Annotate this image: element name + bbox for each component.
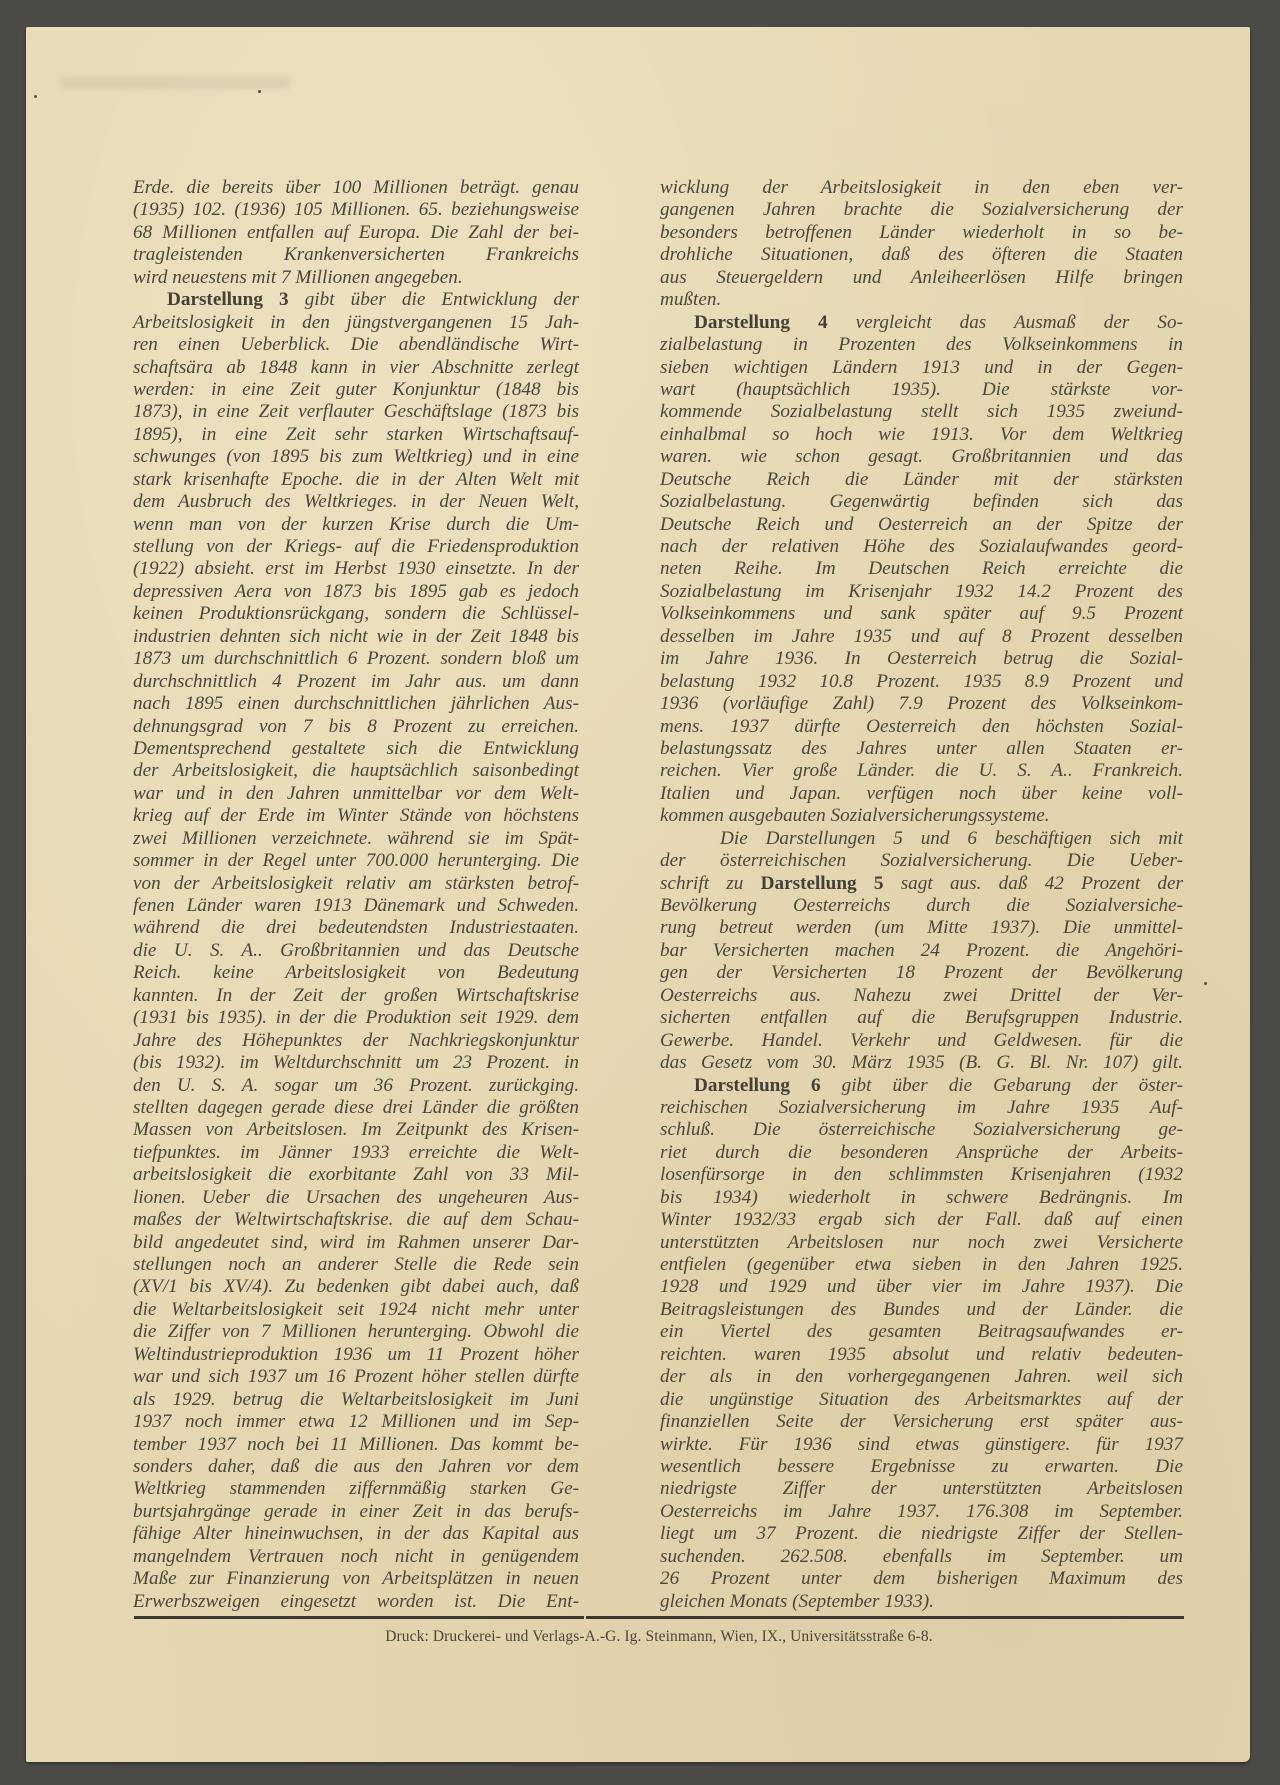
- text-run: stark krisenhafte Epoche. die in der Alt…: [133, 469, 579, 490]
- text-line: belastungssatz des Jahres unter allen St…: [660, 738, 1183, 760]
- text-line: wirkte. Für 1936 sind etwas günstigere. …: [660, 1434, 1183, 1456]
- footer-rule-left: [134, 1616, 584, 1619]
- text-line: (1935) 102. (1936) 105 Millionen. 65. be…: [133, 199, 579, 221]
- text-run: tember 1937 noch bei 11 Millionen. Das k…: [133, 1434, 579, 1455]
- text-run: Sozialbelastung im Krisenjahr 1932 14.2 …: [660, 581, 1183, 602]
- text-line: Volkseinkommens und sank später auf 9.5 …: [660, 603, 1183, 625]
- text-line: schwunges (von 1895 bis zum Weltkrieg) u…: [133, 446, 579, 468]
- text-line: rung betreut werden (um Mitte 1937). Die…: [660, 917, 1183, 939]
- text-run: vergleicht das Ausmaß der So-: [828, 312, 1183, 333]
- text-run: den U. S. A. sogar um 36 Prozent. zurück…: [133, 1075, 579, 1096]
- text-line: nach 1895 einen durchschnittlichen jährl…: [133, 693, 579, 715]
- text-run: rung betreut werden (um Mitte 1937). Die…: [660, 917, 1183, 938]
- text-line: Maße zur Finanzierung von Arbeitsplätzen…: [133, 1568, 579, 1590]
- text-run: riet durch die besonderen Ansprüche der …: [660, 1142, 1183, 1163]
- text-run: Weltindustrieproduktion 1936 um 11 Proze…: [133, 1344, 579, 1365]
- text-run: 68 Millionen entfallen auf Europa. Die Z…: [133, 222, 579, 243]
- figure-reference: Darstellung 3: [167, 289, 289, 310]
- text-run: krieg auf der Erde im Winter Stände von …: [133, 805, 579, 826]
- text-line: war und in den Jahren unmittelbar vor de…: [133, 783, 579, 805]
- text-run: ren einen Ueberblick. Die abendländische…: [133, 334, 579, 355]
- text-run: mußten.: [660, 289, 721, 310]
- text-line: sommer in der Regel unter 700.000 herunt…: [133, 850, 579, 872]
- text-line: einhalbmal so hoch wie 1913. Vor dem Wel…: [660, 424, 1183, 446]
- text-line: stellungen noch an anderer Stelle die Re…: [133, 1254, 579, 1276]
- text-run: Volkseinkommens und sank später auf 9.5 …: [660, 603, 1183, 624]
- text-run: Beitragsleistungen des Bundes und der Lä…: [660, 1299, 1183, 1320]
- text-run: unterstützten Arbeitslosen nur noch zwei…: [660, 1232, 1183, 1253]
- text-line: der Arbeitslosigkeit, die hauptsächlich …: [133, 760, 579, 782]
- text-run: Die Darstellungen 5 und 6 beschäftigen s…: [720, 828, 1183, 849]
- text-line: reichischen Sozialversicherung im Jahre …: [660, 1097, 1183, 1119]
- text-line: liegt um 37 Prozent. die niedrigste Ziff…: [660, 1523, 1183, 1545]
- text-line: gangenen Jahren brachte die Sozialversic…: [660, 199, 1183, 221]
- text-run: 1937 noch immer etwa 12 Millionen und im…: [133, 1411, 579, 1432]
- text-line: suchenden. 262.508. ebenfalls im Septemb…: [660, 1546, 1183, 1568]
- text-run: reichten. waren 1935 absolut und relativ…: [660, 1344, 1183, 1365]
- text-line: gen der Versicherten 18 Prozent der Bevö…: [660, 962, 1183, 984]
- text-line: 1928 und 1929 und über vier im Jahre 193…: [660, 1276, 1183, 1298]
- text-run: gleichen Monats (September 1933).: [660, 1591, 934, 1612]
- text-run: als 1929. betrug die Weltarbeitslosigkei…: [133, 1389, 579, 1410]
- text-line: 1936 (vorläufige Zahl) 7.9 Prozent des V…: [660, 693, 1183, 715]
- text-run: arbeitslosigkeit die exorbitante Zahl vo…: [133, 1164, 579, 1185]
- text-line: Reich. keine Arbeitslosigkeit von Bedeut…: [133, 962, 579, 984]
- text-run: Sozialbelastung. Gegenwärtig befinden si…: [660, 491, 1183, 512]
- text-run: zwei Millionen verzeichnete. während sie…: [133, 828, 579, 849]
- text-line: drohliche Situationen, daß des öfteren d…: [660, 244, 1183, 266]
- text-line: 1873), in eine Zeit verflauter Geschäfts…: [133, 401, 579, 423]
- text-run: von der Arbeitslosigkeit relativ am stär…: [133, 873, 579, 894]
- figure-reference: Darstellung 4: [694, 312, 828, 333]
- text-line: unterstützten Arbeitslosen nur noch zwei…: [660, 1232, 1183, 1254]
- text-line: die Ziffer von 7 Millionen herunterging.…: [133, 1321, 579, 1343]
- text-run: dem Ausbruch des Weltkrieges. in der Neu…: [133, 491, 579, 512]
- text-run: tiefpunktes. im Jänner 1933 erreichte di…: [133, 1142, 579, 1163]
- text-run: Dementsprechend gestaltete sich die Entw…: [133, 738, 579, 759]
- text-line: bild angedeutet sind, wird im Rahmen uns…: [133, 1232, 579, 1254]
- text-line: 26 Prozent unter dem bisherigen Maximum …: [660, 1568, 1183, 1590]
- text-run: Maße zur Finanzierung von Arbeitsplätzen…: [133, 1568, 579, 1589]
- figure-reference: Darstellung 5: [761, 873, 884, 894]
- text-run: Weltkrieg stammenden ziffernmäßig starke…: [133, 1478, 579, 1499]
- text-run: (bis 1932). im Weltdurchschnitt um 23 Pr…: [133, 1052, 579, 1073]
- text-run: während die drei bedeutendsten Industrie…: [133, 917, 579, 938]
- text-run: belastung 1932 10.8 Prozent. 1935 8.9 Pr…: [660, 671, 1183, 692]
- text-line: mußten.: [660, 289, 1183, 311]
- text-line: Gewerbe. Handel. Verkehr und Geldwesen. …: [660, 1030, 1183, 1052]
- text-line: Deutsche Reich und Oesterreich an der Sp…: [660, 514, 1183, 536]
- text-run: schluß. Die österreichische Sozialversic…: [660, 1119, 1183, 1140]
- text-line: das Gesetz vom 30. März 1935 (B. G. Bl. …: [660, 1052, 1183, 1074]
- text-run: burtsjahrgänge gerade in einer Zeit in d…: [133, 1501, 579, 1522]
- text-line: Weltindustrieproduktion 1936 um 11 Proze…: [133, 1344, 579, 1366]
- text-run: 1936 (vorläufige Zahl) 7.9 Prozent des V…: [660, 693, 1183, 714]
- text-run: stellungen noch an anderer Stelle die Re…: [133, 1254, 579, 1275]
- text-line: Beitragsleistungen des Bundes und der Lä…: [660, 1299, 1183, 1321]
- text-line: Arbeitslosigkeit in den jüngstvergangene…: [133, 312, 579, 334]
- text-line: Erde. die bereits über 100 Millionen bet…: [133, 177, 579, 199]
- text-line: bis 1934) wiederholt in schwere Bedrängn…: [660, 1187, 1183, 1209]
- text-line: Darstellung 3 gibt über die Entwicklung …: [133, 289, 579, 311]
- text-line: losenfürsorge in den schlimmsten Krisenj…: [660, 1164, 1183, 1186]
- text-run: wicklung der Arbeitslosigkeit in den ebe…: [660, 177, 1183, 198]
- text-run: (XV/1 bis XV/4). Zu bedenken gibt dabei …: [133, 1276, 579, 1297]
- text-line: der österreichischen Sozialversicherung.…: [660, 850, 1183, 872]
- text-run: sicherten entfallen auf die Berufsgruppe…: [660, 1007, 1183, 1028]
- text-line: burtsjahrgänge gerade in einer Zeit in d…: [133, 1501, 579, 1523]
- text-run: belastungssatz des Jahres unter allen St…: [660, 738, 1183, 759]
- text-run: reichen. Vier große Länder. die U. S. A.…: [660, 760, 1183, 781]
- text-line: belastung 1932 10.8 Prozent. 1935 8.9 Pr…: [660, 671, 1183, 693]
- text-run: 1928 und 1929 und über vier im Jahre 193…: [660, 1276, 1183, 1297]
- text-run: (1935) 102. (1936) 105 Millionen. 65. be…: [133, 199, 579, 220]
- text-run: tragleistenden Krankenversicherten Frank…: [133, 244, 579, 265]
- text-line: den U. S. A. sogar um 36 Prozent. zurück…: [133, 1075, 579, 1097]
- text-line: sonders daher, daß die aus den Jahren vo…: [133, 1456, 579, 1478]
- text-run: Deutsche Reich die Länder mit der stärks…: [660, 469, 1183, 490]
- text-run: kannten. In der Zeit der großen Wirtscha…: [133, 985, 579, 1006]
- text-run: schwunges (von 1895 bis zum Weltkrieg) u…: [133, 446, 579, 467]
- text-run: sonders daher, daß die aus den Jahren vo…: [133, 1456, 579, 1477]
- text-run: 1873), in eine Zeit verflauter Geschäfts…: [133, 401, 579, 422]
- text-run: war und sich 1937 um 16 Prozent höher st…: [133, 1366, 579, 1387]
- text-run: gibt über die Gebarung der öster-: [821, 1075, 1183, 1096]
- text-line: keinen Produktionsrückgang, sondern die …: [133, 603, 579, 625]
- text-line: riet durch die besonderen Ansprüche der …: [660, 1142, 1183, 1164]
- text-line: 1873 um durchschnittlich 6 Prozent. sond…: [133, 648, 579, 670]
- document-page: Erde. die bereits über 100 Millionen bet…: [26, 27, 1250, 1762]
- text-line: von der Arbeitslosigkeit relativ am stär…: [133, 873, 579, 895]
- text-line: finanziellen Seite der Versicherung erst…: [660, 1411, 1183, 1433]
- text-line: ein Viertel des gesamten Beitragsaufwand…: [660, 1321, 1183, 1343]
- text-run: der Arbeitslosigkeit, die hauptsächlich …: [133, 760, 579, 781]
- text-run: werden: in eine Zeit guter Konjunktur (1…: [133, 379, 579, 400]
- text-line: Deutsche Reich die Länder mit der stärks…: [660, 469, 1183, 491]
- text-run: industrien dehnten sich nicht wie in der…: [133, 626, 579, 647]
- text-line: desselben im Jahre 1935 und auf 8 Prozen…: [660, 626, 1183, 648]
- text-line: stark krisenhafte Epoche. die in der Alt…: [133, 469, 579, 491]
- text-line: kommende Sozialbelastung stellt sich 193…: [660, 401, 1183, 423]
- text-run: sommer in der Regel unter 700.000 herunt…: [133, 850, 579, 871]
- text-line: Italien und Japan. verfügen noch über ke…: [660, 783, 1183, 805]
- text-run: die U. S. A.. Großbritannien und das Deu…: [133, 940, 579, 961]
- text-line: (bis 1932). im Weltdurchschnitt um 23 Pr…: [133, 1052, 579, 1074]
- text-run: bar Versicherten machen 24 Prozent. die …: [660, 940, 1183, 961]
- text-run: die Weltarbeitslosigkeit seit 1924 nicht…: [133, 1299, 579, 1320]
- paper-speck: [258, 90, 261, 93]
- paper-speck: [34, 95, 37, 98]
- text-line: 1895), in eine Zeit sehr starken Wirtsch…: [133, 424, 579, 446]
- text-run: waren. wie schon gesagt. Großbritannien …: [660, 446, 1183, 467]
- text-run: wesentlich bessere Ergebnisse zu erwarte…: [660, 1456, 1183, 1477]
- text-run: reichischen Sozialversicherung im Jahre …: [660, 1097, 1183, 1118]
- text-run: Oesterreichs aus. Nahezu zwei Drittel de…: [660, 985, 1183, 1006]
- text-line: während die drei bedeutendsten Industrie…: [133, 917, 579, 939]
- text-line: schrift zu Darstellung 5 sagt aus. daß 4…: [660, 873, 1183, 895]
- text-line: kommen ausgebauten Sozialversicherungssy…: [660, 805, 1183, 827]
- paper-stain: [60, 77, 290, 89]
- text-run: ein Viertel des gesamten Beitragsaufwand…: [660, 1321, 1183, 1342]
- footer-rule-right: [586, 1616, 1184, 1619]
- text-run: gibt über die Entwicklung der: [289, 289, 579, 310]
- text-line: tragleistenden Krankenversicherten Frank…: [133, 244, 579, 266]
- text-run: der österreichischen Sozialversicherung.…: [660, 850, 1183, 871]
- text-run: keinen Produktionsrückgang, sondern die …: [133, 603, 579, 624]
- text-run: die ungünstige Situation des Arbeitsmark…: [660, 1389, 1183, 1410]
- text-line: gleichen Monats (September 1933).: [660, 1591, 1183, 1613]
- text-run: Erwerbszweigen eingesetzt worden ist. Di…: [133, 1591, 579, 1612]
- text-line: Darstellung 6 gibt über die Gebarung der…: [660, 1075, 1183, 1097]
- text-line: lionen. Ueber die Ursachen des ungeheure…: [133, 1187, 579, 1209]
- text-run: drohliche Situationen, daß des öfteren d…: [660, 244, 1183, 265]
- text-run: gangenen Jahren brachte die Sozialversic…: [660, 199, 1183, 220]
- text-run: entfielen (gegenüber etwa sieben in den …: [660, 1254, 1183, 1275]
- text-run: Winter 1932/33 ergab sich der Fall. daß …: [660, 1209, 1183, 1230]
- text-line: als 1929. betrug die Weltarbeitslosigkei…: [133, 1389, 579, 1411]
- text-run: depressiven Aera von 1873 bis 1895 gab e…: [133, 581, 579, 602]
- text-run: maßes der Weltwirtschaftskrise. die auf …: [133, 1209, 579, 1230]
- text-line: Erwerbszweigen eingesetzt worden ist. Di…: [133, 1591, 579, 1613]
- text-line: wird neuestens mit 7 Millionen angegeben…: [133, 267, 579, 289]
- text-line: der als in den vorhergegangenen Jahren. …: [660, 1366, 1183, 1388]
- text-run: liegt um 37 Prozent. die niedrigste Ziff…: [660, 1523, 1183, 1544]
- text-run: sagt aus. daß 42 Prozent der: [883, 873, 1183, 894]
- text-line: Oesterreichs im Jahre 1937. 176.308 im S…: [660, 1501, 1183, 1523]
- text-line: Weltkrieg stammenden ziffernmäßig starke…: [133, 1478, 579, 1500]
- text-run: mangelndem Vertrauen noch nicht in genüg…: [133, 1546, 579, 1567]
- text-run: mens. 1937 dürfte Oesterreich den höchst…: [660, 716, 1183, 737]
- text-line: fähige Alter hineinwuchsen, in der das K…: [133, 1523, 579, 1545]
- text-run: Italien und Japan. verfügen noch über ke…: [660, 783, 1183, 804]
- text-line: bar Versicherten machen 24 Prozent. die …: [660, 940, 1183, 962]
- text-line: im Jahre 1936. In Oesterreich betrug die…: [660, 648, 1183, 670]
- text-run: besonders betroffenen Länder wiederholt …: [660, 222, 1183, 243]
- text-line: war und sich 1937 um 16 Prozent höher st…: [133, 1366, 579, 1388]
- text-line: die U. S. A.. Großbritannien und das Deu…: [133, 940, 579, 962]
- text-run: (1922) absieht. erst im Herbst 1930 eins…: [133, 558, 579, 579]
- text-run: sieben wichtigen Ländern 1913 und in der…: [660, 357, 1183, 378]
- text-line: waren. wie schon gesagt. Großbritannien …: [660, 446, 1183, 468]
- text-line: industrien dehnten sich nicht wie in der…: [133, 626, 579, 648]
- text-line: schluß. Die österreichische Sozialversic…: [660, 1119, 1183, 1141]
- text-run: 1895), in eine Zeit sehr starken Wirtsch…: [133, 424, 579, 445]
- text-run: Arbeitslosigkeit in den jüngstvergangene…: [133, 312, 579, 333]
- text-run: lionen. Ueber die Ursachen des ungeheure…: [133, 1187, 579, 1208]
- text-run: gen der Versicherten 18 Prozent der Bevö…: [660, 962, 1183, 983]
- text-column-left: Erde. die bereits über 100 Millionen bet…: [133, 177, 579, 1613]
- text-run: wird neuestens mit 7 Millionen angegeben…: [133, 267, 463, 288]
- text-line: schaftsära ab 1848 kann in vier Abschnit…: [133, 357, 579, 379]
- text-run: Reich. keine Arbeitslosigkeit von Bedeut…: [133, 962, 579, 983]
- text-line: krieg auf der Erde im Winter Stände von …: [133, 805, 579, 827]
- text-line: 68 Millionen entfallen auf Europa. Die Z…: [133, 222, 579, 244]
- text-run: der als in den vorhergegangenen Jahren. …: [660, 1366, 1183, 1387]
- text-run: Oesterreichs im Jahre 1937. 176.308 im S…: [660, 1501, 1183, 1522]
- text-run: Massen von Arbeitslosen. Im Zeitpunkt de…: [133, 1119, 579, 1140]
- text-line: besonders betroffenen Länder wiederholt …: [660, 222, 1183, 244]
- text-run: finanziellen Seite der Versicherung erst…: [660, 1411, 1183, 1432]
- text-line: sieben wichtigen Ländern 1913 und in der…: [660, 357, 1183, 379]
- text-run: nach der relativen Höhe des Sozialaufwan…: [660, 536, 1183, 557]
- text-line: Jahre des Höhepunktes der Nachkriegskonj…: [133, 1030, 579, 1052]
- text-run: Jahre des Höhepunktes der Nachkriegskonj…: [133, 1030, 579, 1051]
- text-run: durchschnittlich 4 Prozent im Jahr aus. …: [133, 671, 579, 692]
- text-run: Erde. die bereits über 100 Millionen bet…: [133, 177, 579, 198]
- text-line: tember 1937 noch bei 11 Millionen. Das k…: [133, 1434, 579, 1456]
- text-line: (XV/1 bis XV/4). Zu bedenken gibt dabei …: [133, 1276, 579, 1298]
- text-line: Winter 1932/33 ergab sich der Fall. daß …: [660, 1209, 1183, 1231]
- figure-reference: Darstellung 6: [694, 1075, 821, 1096]
- text-line: Sozialbelastung im Krisenjahr 1932 14.2 …: [660, 581, 1183, 603]
- text-run: wart (hauptsächlich 1935). Die stärkste …: [660, 379, 1183, 400]
- text-run: wenn man von der kurzen Krise durch die …: [133, 514, 579, 535]
- text-line: Massen von Arbeitslosen. Im Zeitpunkt de…: [133, 1119, 579, 1141]
- text-line: Dementsprechend gestaltete sich die Entw…: [133, 738, 579, 760]
- text-line: maßes der Weltwirtschaftskrise. die auf …: [133, 1209, 579, 1231]
- text-line: Oesterreichs aus. Nahezu zwei Drittel de…: [660, 985, 1183, 1007]
- text-run: Deutsche Reich und Oesterreich an der Sp…: [660, 514, 1183, 535]
- text-line: Darstellung 4 vergleicht das Ausmaß der …: [660, 312, 1183, 334]
- text-line: Sozialbelastung. Gegenwärtig befinden si…: [660, 491, 1183, 513]
- text-line: die ungünstige Situation des Arbeitsmark…: [660, 1389, 1183, 1411]
- text-run: dehnungsgrad von 7 bis 8 Prozent zu erre…: [133, 716, 579, 737]
- text-run: wirkte. Für 1936 sind etwas günstigere. …: [660, 1434, 1183, 1455]
- text-run: desselben im Jahre 1935 und auf 8 Prozen…: [660, 626, 1183, 647]
- text-line: kannten. In der Zeit der großen Wirtscha…: [133, 985, 579, 1007]
- text-line: die Weltarbeitslosigkeit seit 1924 nicht…: [133, 1299, 579, 1321]
- text-line: werden: in eine Zeit guter Konjunktur (1…: [133, 379, 579, 401]
- text-run: Bevölkerung Oesterreichs durch die Sozia…: [660, 895, 1183, 916]
- text-run: nach 1895 einen durchschnittlichen jährl…: [133, 693, 579, 714]
- text-line: 1937 noch immer etwa 12 Millionen und im…: [133, 1411, 579, 1433]
- text-line: zwei Millionen verzeichnete. während sie…: [133, 828, 579, 850]
- text-run: schaftsära ab 1848 kann in vier Abschnit…: [133, 357, 579, 378]
- text-line: aus Steuergeldern und Anleiheerlösen Hil…: [660, 267, 1183, 289]
- text-line: stellten dagegen gerade diese drei Lände…: [133, 1097, 579, 1119]
- text-line: sicherten entfallen auf die Berufsgruppe…: [660, 1007, 1183, 1029]
- text-line: nach der relativen Höhe des Sozialaufwan…: [660, 536, 1183, 558]
- text-line: (1931 bis 1935). in der die Produktion s…: [133, 1007, 579, 1029]
- text-run: bis 1934) wiederholt in schwere Bedrängn…: [660, 1187, 1183, 1208]
- text-run: fähige Alter hineinwuchsen, in der das K…: [133, 1523, 579, 1544]
- text-run: Gewerbe. Handel. Verkehr und Geldwesen. …: [660, 1030, 1183, 1051]
- text-run: fenen Länder waren 1913 Dänemark und Sch…: [133, 895, 579, 916]
- text-line: stellung von der Kriegs- auf die Frieden…: [133, 536, 579, 558]
- text-line: Die Darstellungen 5 und 6 beschäftigen s…: [660, 828, 1183, 850]
- text-run: war und in den Jahren unmittelbar vor de…: [133, 783, 579, 804]
- text-line: tiefpunktes. im Jänner 1933 erreichte di…: [133, 1142, 579, 1164]
- text-run: stellung von der Kriegs- auf die Frieden…: [133, 536, 579, 557]
- text-line: depressiven Aera von 1873 bis 1895 gab e…: [133, 581, 579, 603]
- text-run: einhalbmal so hoch wie 1913. Vor dem Wel…: [660, 424, 1183, 445]
- text-run: stellten dagegen gerade diese drei Lände…: [133, 1097, 579, 1118]
- text-line: (1922) absieht. erst im Herbst 1930 eins…: [133, 558, 579, 580]
- text-line: wenn man von der kurzen Krise durch die …: [133, 514, 579, 536]
- text-run: im Jahre 1936. In Oesterreich betrug die…: [660, 648, 1183, 669]
- text-line: mens. 1937 dürfte Oesterreich den höchst…: [660, 716, 1183, 738]
- text-run: kommende Sozialbelastung stellt sich 193…: [660, 401, 1183, 422]
- text-line: fenen Länder waren 1913 Dänemark und Sch…: [133, 895, 579, 917]
- text-run: bild angedeutet sind, wird im Rahmen uns…: [133, 1232, 579, 1253]
- printer-imprint: Druck: Druckerei- und Verlags-A.-G. Ig. …: [134, 1628, 1184, 1646]
- text-run: suchenden. 262.508. ebenfalls im Septemb…: [660, 1546, 1183, 1567]
- text-line: dem Ausbruch des Weltkrieges. in der Neu…: [133, 491, 579, 513]
- text-line: dehnungsgrad von 7 bis 8 Prozent zu erre…: [133, 716, 579, 738]
- text-line: wesentlich bessere Ergebnisse zu erwarte…: [660, 1456, 1183, 1478]
- text-line: wicklung der Arbeitslosigkeit in den ebe…: [660, 177, 1183, 199]
- text-line: niedrigste Ziffer der unterstützten Arbe…: [660, 1478, 1183, 1500]
- text-line: reichten. waren 1935 absolut und relativ…: [660, 1344, 1183, 1366]
- text-run: zialbelastung in Prozenten des Volkseink…: [660, 334, 1183, 355]
- paper-speck: [1204, 982, 1207, 985]
- text-run: (1931 bis 1935). in der die Produktion s…: [133, 1007, 579, 1028]
- text-run: die Ziffer von 7 Millionen herunterging.…: [133, 1321, 579, 1342]
- text-run: kommen ausgebauten Sozialversicherungssy…: [660, 805, 1050, 826]
- text-run: schrift zu: [660, 873, 761, 894]
- text-line: reichen. Vier große Länder. die U. S. A.…: [660, 760, 1183, 782]
- text-line: entfielen (gegenüber etwa sieben in den …: [660, 1254, 1183, 1276]
- text-column-right: wicklung der Arbeitslosigkeit in den ebe…: [660, 177, 1183, 1613]
- text-line: ren einen Ueberblick. Die abendländische…: [133, 334, 579, 356]
- text-run: 26 Prozent unter dem bisherigen Maximum …: [660, 1568, 1183, 1589]
- text-line: wart (hauptsächlich 1935). Die stärkste …: [660, 379, 1183, 401]
- text-line: mangelndem Vertrauen noch nicht in genüg…: [133, 1546, 579, 1568]
- text-run: neten Reihe. Im Deutschen Reich erreicht…: [660, 558, 1183, 579]
- text-line: neten Reihe. Im Deutschen Reich erreicht…: [660, 558, 1183, 580]
- text-run: aus Steuergeldern und Anleiheerlösen Hil…: [660, 267, 1183, 288]
- text-run: das Gesetz vom 30. März 1935 (B. G. Bl. …: [660, 1052, 1183, 1073]
- text-line: arbeitslosigkeit die exorbitante Zahl vo…: [133, 1164, 579, 1186]
- text-line: zialbelastung in Prozenten des Volkseink…: [660, 334, 1183, 356]
- text-run: losenfürsorge in den schlimmsten Krisenj…: [660, 1164, 1183, 1185]
- text-run: 1873 um durchschnittlich 6 Prozent. sond…: [133, 648, 579, 669]
- text-line: Bevölkerung Oesterreichs durch die Sozia…: [660, 895, 1183, 917]
- text-line: durchschnittlich 4 Prozent im Jahr aus. …: [133, 671, 579, 693]
- text-run: niedrigste Ziffer der unterstützten Arbe…: [660, 1478, 1183, 1499]
